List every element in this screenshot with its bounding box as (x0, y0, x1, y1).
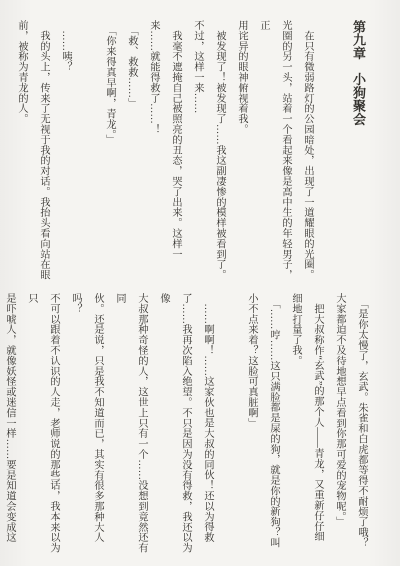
text-line: 不过，这样一来…… (186, 20, 208, 286)
text-line: 大叔那种奇怪的人，这世上只有一个……没想到竟然还有同 (108, 293, 152, 559)
text-line: 被发现了！被发现了……我这副凄惨的模样被看到了。 (208, 20, 230, 286)
text-line: 「是你太慢了，玄武。朱雀和白虎都等得不耐烦了哦？ (350, 293, 372, 559)
text-line: 细地打量了我。 (284, 293, 306, 559)
blank-line (76, 20, 98, 286)
text-line: 伙。还是说，只是我不知道而已，其实有很多那种大人吗？ (64, 293, 108, 559)
text-line: 把大叔称作“玄武”的那个人——青龙，又重新仔仔细 (306, 293, 328, 559)
text-line: 在只有微弱路灯的公园暗处，出现了一道耀眼的光圈。 (296, 20, 318, 286)
text-line: 用诧异的眼神俯视着我。 (230, 20, 252, 286)
text-band-top: 第九章 小狗聚会 在只有微弱路灯的公园暗处，出现了一道耀眼的光圈。光圈的另一头，… (10, 20, 372, 286)
blank-line (218, 293, 240, 559)
text-line: 了……我再次陷入绝望。不只是因为没有得救，我还以为像 (152, 293, 196, 559)
text-line: ……啊啊！……这家伙也是大叔的同伙！还以为得救 (196, 293, 218, 559)
text-line: 我的头上，传来了无视于我的对话。我抬头看向站在眼 (32, 20, 54, 286)
text-line: 我毫不遮掩自己被照亮的丑态，哭了出来。这样一 (164, 20, 186, 286)
text-line: 光圈的另一头，站着一个看起来像是高中生的年轻男子，正 (252, 20, 296, 286)
text-line: 「救、救救……」 (120, 20, 142, 286)
text-line: 不可以跟着不认识的人走，老师说的那些话，我本来以为只 (20, 293, 64, 559)
text-band-bottom: 「是你太慢了，玄武。朱雀和白虎都等得不耐烦了哦？大家都迫不及待地想早点看到你那可… (0, 293, 372, 559)
text-line: 大家都迫不及待地想早点看到你那可爱的宠物呢。」 (328, 293, 350, 559)
text-line: 小不点来着？这脸可真脏啊」 (240, 293, 262, 559)
text-line: ……咦？ (54, 20, 76, 286)
chapter-title: 第九章 小狗聚会 (344, 20, 372, 286)
text-line: 是吓唬人，就像妖怪或迷信一样……要是知道会变成这样， (0, 293, 20, 559)
book-page: 第九章 小狗聚会 在只有微弱路灯的公园暗处，出现了一道耀眼的光圈。光圈的另一头，… (0, 0, 400, 566)
text-line: 「你来得真早啊，青龙。」 (98, 20, 120, 286)
text-line: 前，被称为青龙的人。 (10, 20, 32, 286)
text-line: 来……就能得救了……！ (142, 20, 164, 286)
text-line: 「……哼……这只满脸都是屎的狗，就是你的新狗？叫 (262, 293, 284, 559)
blank-line (318, 20, 340, 286)
